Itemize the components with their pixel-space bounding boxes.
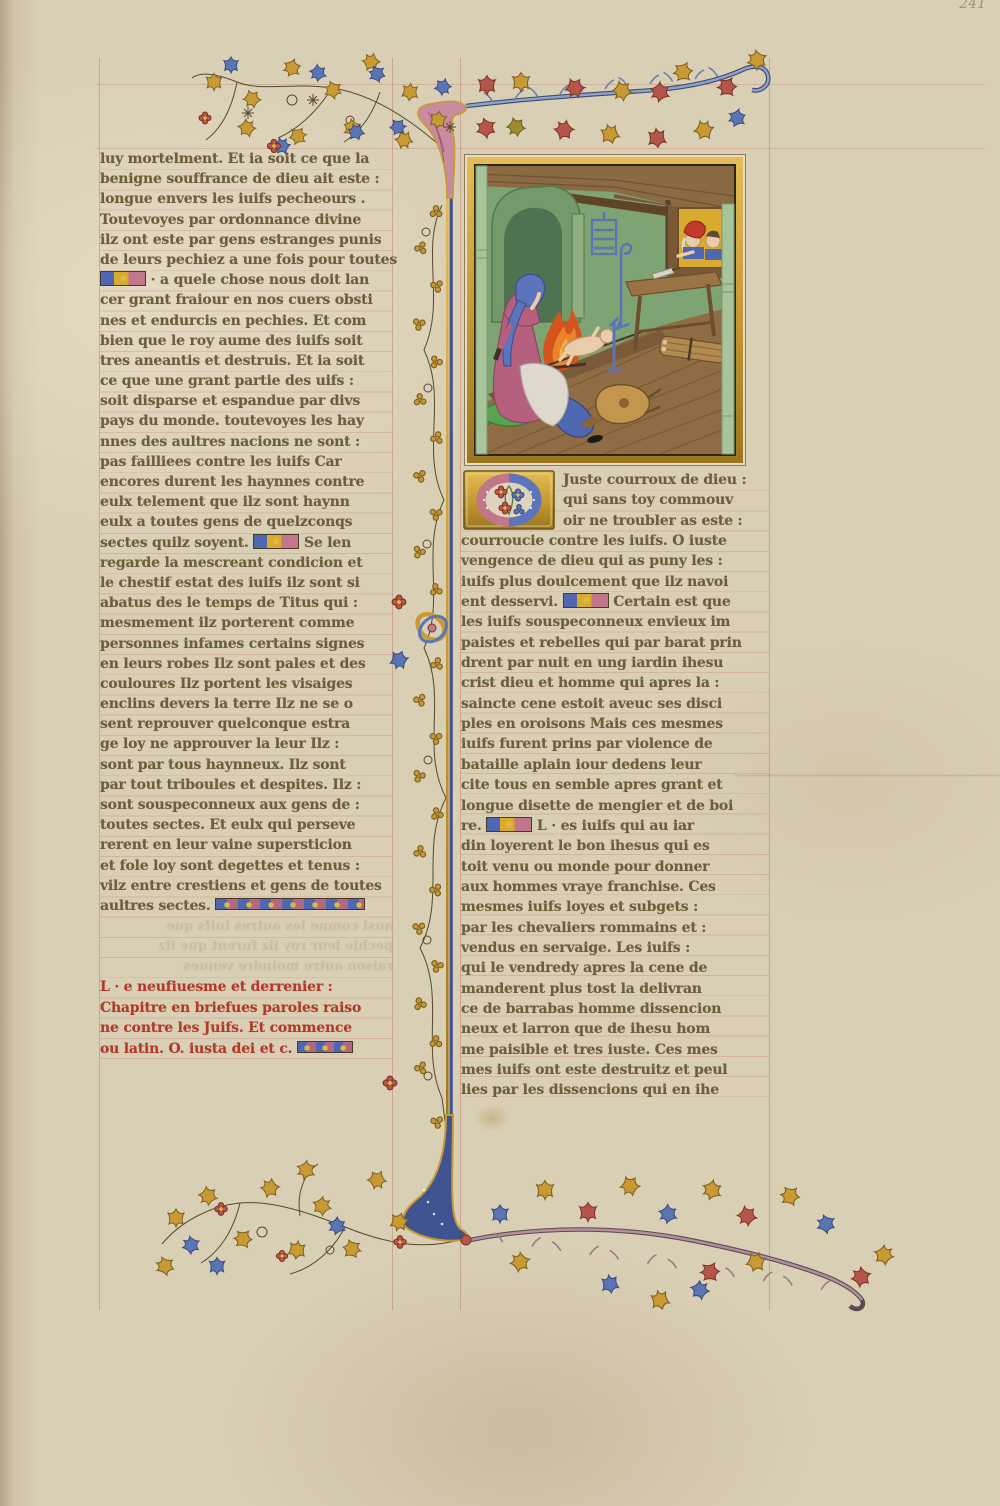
left-post (476, 166, 487, 454)
text-line: neux et larron que de ihesu hom (461, 1019, 769, 1039)
text-segment: paistes et rebelles qui par barat prin (461, 635, 742, 651)
text-line: le chestif estat des iuifs ilz sont si (100, 573, 393, 593)
text-line: aux hommes vraye franchise. Ces (461, 877, 769, 897)
text-line: qui le vendredy apres la cene de (461, 958, 769, 978)
text-segment: Toutevoyes par ordonnance divine (100, 212, 361, 228)
text-line: bien que le roy aume des iuifs soit (100, 331, 393, 351)
text-line: ce que une grant partie des uifs : (100, 371, 393, 391)
text-line: mes iuifs ont este destruitz et peul (461, 1060, 769, 1080)
text-line: ples en oroisons Mais ces mesmes (461, 714, 769, 734)
text-line: pechie leur roy ilz furent que ilz (100, 937, 393, 957)
folio-number: 241 (959, 0, 986, 12)
text-segment: regarde la mescreant condicion et (100, 555, 363, 571)
text-line: ent desservi. Certain est que (461, 592, 769, 612)
text-segment: L · es iuifs qui au iar (532, 818, 694, 834)
text-line: bataille aplain iour dedens leur (461, 755, 769, 775)
text-segment: eulx a toutes gens de quelzconqs (100, 514, 352, 530)
text-line: longue envers les iuifs pecheours . (100, 189, 393, 209)
text-line: vendus en servaige. Les iuifs : (461, 938, 769, 958)
text-line: nnes des aultres nacions ne sont : (100, 432, 393, 452)
text-line: crist dieu et homme qui apres la : (461, 673, 769, 693)
text-segment: sent reprouver quelconque estra (100, 716, 350, 732)
rubric-text: L · e neufiuesme et derrenier :Chapitre … (100, 977, 400, 1059)
text-segment: vendus en servaige. Les iuifs : (461, 940, 690, 956)
text-segment: drent par nuit en ung iardin ihesu (461, 655, 723, 671)
text-line: luy mortelment. Et ia soit ce que la (100, 149, 393, 169)
text-line: vengence de dieu qui as puny les : (461, 551, 769, 571)
text-segment: personnes infames certains signes (100, 636, 364, 652)
text-segment: soit disparse et espandue par divs (100, 393, 360, 409)
text-line: abatus des le temps de Titus qui : (100, 593, 393, 613)
text-line: din loyerent le bon ihesus qui es (461, 836, 769, 856)
text-line: eulx a toutes gens de quelzconqs (100, 512, 393, 532)
text-line: ne contre les Juifs. Et commence (100, 1018, 400, 1039)
ruling-line (95, 84, 985, 85)
text-line: manderent plus tost la delivran (461, 979, 769, 999)
ruling-line (769, 58, 770, 1310)
text-segment: aultres sectes. (100, 898, 215, 914)
text-segment: saincte cene estoit aveuc ses disci (461, 696, 722, 712)
text-line: drent par nuit en ung iardin ihesu (461, 653, 769, 673)
text-segment: qui le vendredy apres la cene de (461, 960, 707, 976)
text-line: par les chevaliers rommains et : (461, 918, 769, 938)
text-segment: crist dieu et homme qui apres la : (461, 675, 719, 691)
left-text-column: luy mortelment. Et ia soit ce que labeni… (100, 149, 393, 916)
champie-initial (563, 593, 609, 608)
manuscript-page: luy mortelment. Et ia soit ce que labeni… (0, 0, 1000, 1506)
parchment-crease (735, 774, 1000, 777)
text-segment: L · e neufiuesme et derrenier : (100, 979, 333, 995)
text-line: benigne souffrance de dieu ait este : (100, 169, 393, 189)
text-line: re. L · es iuifs qui au iar (461, 816, 769, 836)
text-segment: ge loy ne approuver la leur Ilz : (100, 736, 339, 752)
text-segment: ent desservi. (461, 594, 563, 610)
text-segment: qui sans toy commouv (563, 492, 733, 508)
text-line: rerent en leur vaine supersticion (100, 835, 393, 855)
text-line: saincte cene estoit aveuc ses disci (461, 694, 769, 714)
text-segment: vilz entre crestiens et gens de toutes (100, 878, 382, 894)
text-segment: lies par les dissencions qui en ihe (461, 1082, 719, 1098)
text-segment: courroucie contre les iuifs. O iuste (461, 533, 727, 549)
text-segment: benigne souffrance de dieu ait este : (100, 171, 380, 187)
text-segment: aux hommes vraye franchise. Ces (461, 879, 716, 895)
text-line: mesmement ilz porterent comme (100, 613, 393, 633)
text-line: personnes infames certains signes (100, 634, 393, 654)
text-segment: longue disette de mengier et de boi (461, 798, 733, 814)
text-segment: iuifs plus doulcement que ilz navoi (461, 574, 728, 590)
text-segment: sectes quilz soyent. (100, 535, 253, 551)
text-line: qui sans toy commouv (461, 490, 769, 510)
text-line: nes et endurcis en pechies. Et com (100, 311, 393, 331)
text-segment: toit venu ou monde pour donner (461, 859, 709, 875)
text-line: paistes et rebelles qui par barat prin (461, 633, 769, 653)
pink-hook-flourish (418, 101, 466, 198)
text-segment: cite tous en semble apres grant et (461, 777, 723, 793)
text-line: ge loy ne approuver la leur Ilz : (100, 734, 393, 754)
line-filler (215, 898, 365, 910)
text-segment: Juste courroux de dieu : (563, 472, 746, 488)
text-line: toit venu ou monde pour donner (461, 857, 769, 877)
champie-initial (253, 534, 299, 549)
text-line: ce de barrabas homme dissencion (461, 999, 769, 1019)
text-segment: neux et larron que de ihesu hom (461, 1021, 710, 1037)
text-segment: nes et endurcis en pechies. Et com (100, 313, 366, 329)
text-line: enclins devers la terre Ilz ne se o (100, 694, 393, 714)
text-segment: Certain est que (609, 594, 731, 610)
text-line: pays du monde. toutevoyes les hay (100, 411, 393, 431)
text-segment: le chestif estat des iuifs ilz sont si (100, 575, 360, 591)
text-line: ilz ont este par gens estranges punis (100, 230, 393, 250)
text-segment: bataille aplain iour dedens leur (461, 757, 702, 773)
text-line: lies par les dissencions qui en ihe (461, 1080, 769, 1100)
text-line: eulx telement que ilz sont haynn (100, 492, 393, 512)
text-line: de leurs pechiez a une fois pour toutes (100, 250, 393, 270)
text-line: ou latin. O. iusta dei et c. (100, 1039, 400, 1060)
text-line: couloures Ilz portent les visaiges (100, 674, 393, 694)
text-line: iuifs furent prins par violence de (461, 734, 769, 754)
text-line: L · e neufiuesme et derrenier : (100, 977, 400, 998)
text-line: Toutevoyes par ordonnance divine (100, 210, 393, 230)
text-line: tres aneantis et destruis. Et ia soit (100, 351, 393, 371)
text-line: mesmes iuifs loyes et subgets : (461, 897, 769, 917)
text-line: sont par tous haynneux. Ilz sont (100, 755, 393, 775)
text-line: regarde la mescreant condicion et (100, 553, 393, 573)
text-segment: par tout triboules et despites. Ilz : (100, 777, 361, 793)
text-segment: Chapitre en briefues paroles raiso (100, 1000, 361, 1016)
miniature-painting (464, 154, 746, 466)
text-segment: cer grant fraiour en nos cuers obsti (100, 292, 373, 308)
text-line: iuifs plus doulcement que ilz navoi (461, 572, 769, 592)
text-segment: couloures Ilz portent les visaiges (100, 676, 353, 692)
text-segment: iuifs furent prins par violence de (461, 736, 713, 752)
text-line: encores durent les haynnes contre (100, 472, 393, 492)
text-line: raison autre moindre venues (100, 957, 393, 977)
text-segment: re. (461, 818, 486, 834)
text-segment: tres aneantis et destruis. Et ia soit (100, 353, 364, 369)
text-line: Juste courroux de dieu : (461, 470, 769, 490)
text-line: oir ne troubler as este : (461, 511, 769, 531)
text-segment: toutes sectes. Et eulx qui perseve (100, 817, 355, 833)
text-segment: oir ne troubler as este : (563, 513, 743, 529)
text-segment: ilz ont este par gens estranges punis (100, 232, 381, 248)
text-segment: Se len (299, 535, 351, 551)
text-segment: · a quele chose nous doit lan (146, 272, 369, 288)
text-segment: ce que une grant partie des uifs : (100, 373, 354, 389)
text-line: · a quele chose nous doit lan (100, 270, 393, 290)
text-line: longue disette de mengier et de boi (461, 796, 769, 816)
text-line: pas failliees contre les iuifs Car (100, 452, 393, 472)
text-line: ausi comne les autres iuifs que (100, 917, 393, 937)
text-line: en leurs robes Ilz sont pales et des (100, 654, 393, 674)
text-segment: eulx telement que ilz sont haynn (100, 494, 350, 510)
text-line: cer grant fraiour en nos cuers obsti (100, 290, 393, 310)
text-line: aultres sectes. (100, 896, 393, 916)
text-segment: pays du monde. toutevoyes les hay (100, 413, 364, 429)
text-segment: sont souspeconneux aux gens de : (100, 797, 360, 813)
text-segment: manderent plus tost la delivran (461, 981, 702, 997)
text-line: soit disparse et espandue par divs (100, 391, 393, 411)
text-line: sont souspeconneux aux gens de : (100, 795, 393, 815)
text-segment: pas failliees contre les iuifs Car (100, 454, 342, 470)
text-line: et fole loy sont degettes et tenus : (100, 856, 393, 876)
text-segment: ne contre les Juifs. Et commence (100, 1020, 352, 1036)
text-line: Chapitre en briefues paroles raiso (100, 998, 400, 1019)
text-segment: din loyerent le bon ihesus qui es (461, 838, 710, 854)
text-line: sent reprouver quelconque estra (100, 714, 393, 734)
text-segment: bien que le roy aume des iuifs soit (100, 333, 363, 349)
text-segment: ce de barrabas homme dissencion (461, 1001, 721, 1017)
text-segment: de leurs pechiez a une fois pour toutes (100, 252, 397, 268)
right-text-column: Juste courroux de dieu :qui sans toy com… (461, 470, 769, 1101)
text-segment: les iuifs souspeconneux envieux im (461, 614, 730, 630)
text-segment: ples en oroisons Mais ces mesmes (461, 716, 723, 732)
text-line: courroucie contre les iuifs. O iuste (461, 531, 769, 551)
text-segment: mesmes iuifs loyes et subgets : (461, 899, 698, 915)
text-line: vilz entre crestiens et gens de toutes (100, 876, 393, 896)
text-line: me paisible et tres iuste. Ces mes (461, 1040, 769, 1060)
text-segment: en leurs robes Ilz sont pales et des (100, 656, 366, 672)
bleedthrough-text: ausi comne les autres iuifs quepechie le… (100, 917, 393, 978)
text-segment: par les chevaliers rommains et : (461, 920, 706, 936)
text-segment: rerent en leur vaine supersticion (100, 837, 352, 853)
text-line: les iuifs souspeconneux envieux im (461, 612, 769, 632)
miniature-scene (464, 154, 746, 466)
text-line: par tout triboules et despites. Ilz : (100, 775, 393, 795)
text-segment: ausi comne les autres iuifs que (166, 919, 393, 934)
text-line: toutes sectes. Et eulx qui perseve (100, 815, 393, 835)
text-segment: mesmement ilz porterent comme (100, 615, 354, 631)
text-segment: mes iuifs ont este destruitz et peul (461, 1062, 727, 1078)
text-line: sectes quilz soyent. Se len (100, 533, 393, 553)
blue-hook-flourish (403, 1115, 468, 1241)
text-segment: vengence de dieu qui as puny les : (461, 553, 723, 569)
champie-initial (486, 817, 532, 832)
text-segment: raison autre moindre venues (183, 959, 393, 974)
text-segment: pechie leur roy ilz furent que ilz (158, 939, 393, 954)
text-segment: longue envers les iuifs pecheours . (100, 191, 365, 207)
line-filler (297, 1041, 353, 1053)
champie-initial (100, 271, 146, 286)
text-segment: enclins devers la terre Ilz ne se o (100, 696, 353, 712)
text-segment: sont par tous haynneux. Ilz sont (100, 757, 346, 773)
knot-ornament (412, 609, 451, 647)
text-segment: ou latin. O. iusta dei et c. (100, 1041, 297, 1057)
text-line: cite tous en semble apres grant et (461, 775, 769, 795)
text-segment: luy mortelment. Et ia soit ce que la (100, 151, 369, 167)
text-segment: nnes des aultres nacions ne sont : (100, 434, 360, 450)
text-segment: encores durent les haynnes contre (100, 474, 364, 490)
text-segment: me paisible et tres iuste. Ces mes (461, 1042, 718, 1058)
text-segment: abatus des le temps de Titus qui : (100, 595, 358, 611)
text-segment: et fole loy sont degettes et tenus : (100, 858, 360, 874)
